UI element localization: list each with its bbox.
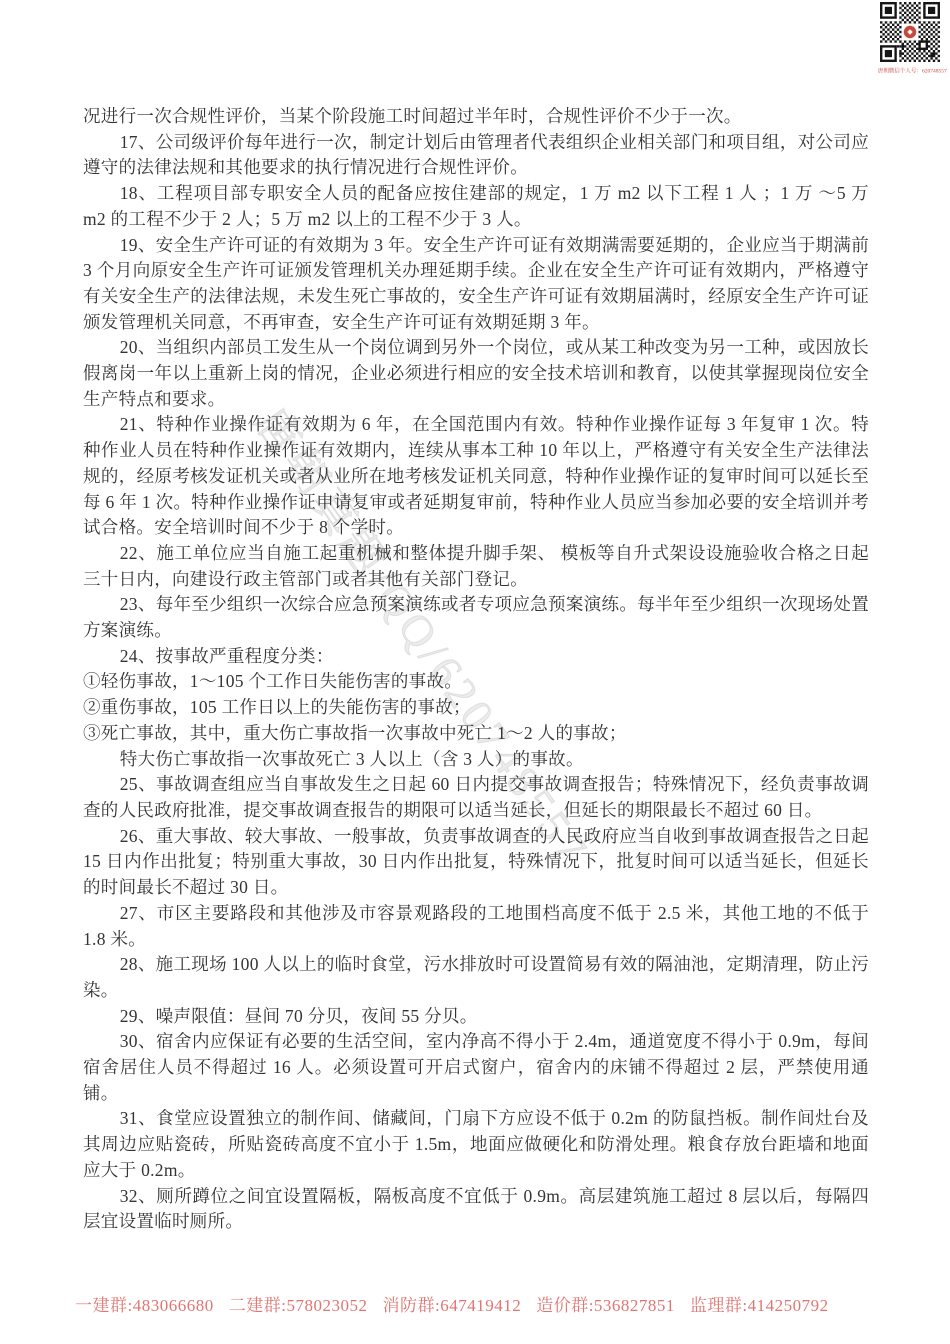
qr-code-icon xyxy=(876,2,944,62)
paragraph-item-24: 24、按事故严重程度分类： xyxy=(83,644,869,670)
footer-group-xiaofang: 消防群:647419412 xyxy=(382,1291,521,1316)
footer-group-jianli: 监理群:414250792 xyxy=(690,1291,829,1316)
paragraph-item-31: 31、食堂应设置独立的制作间、储藏间，门扇下方应设不低于 0.2m 的防鼠挡板。… xyxy=(83,1106,869,1183)
paragraph-item-24-sub-4: 特大伤亡事故指一次事故死亡 3 人以上（含 3 人）的事故。 xyxy=(83,747,869,773)
qr-caption: 唐朝微信个人号：620748557 xyxy=(878,68,942,75)
paragraph-item-28: 28、施工现场 100 人以上的临时食堂，污水排放时可设置简易有效的隔油池，定期… xyxy=(83,952,869,1003)
paragraph-item-30: 30、宿舍内应保证有必要的生活空间，室内净高不得小于 2.4m，通道宽度不得小于… xyxy=(83,1029,869,1106)
paragraph-item-21: 21、特种作业操作证有效期为 6 年，在全国范围内有效。特种作业操作证每 3 年… xyxy=(83,412,869,541)
paragraph-item-17: 17、公司级评价每年进行一次，制定计划后由管理者代表组织企业相关部门和项目组，对… xyxy=(83,130,869,181)
paragraph-item-27: 27、市区主要路段和其他涉及市容景观路段的工地围档高度不低于 2.5 米，其他工… xyxy=(83,901,869,952)
paragraph-item-20: 20、当组织内部员工发生从一个岗位调到另外一个岗位，或从某工种改变为另一工种，或… xyxy=(83,335,869,412)
notes-content: 况进行一次合规性评价，当某个阶段施工时间超过半年时，合规性评价不少于一次。 17… xyxy=(83,104,869,1235)
paragraph-item-19: 19、安全生产许可证的有效期为 3 年。安全生产许可证有效期满需要延期的，企业应… xyxy=(83,233,869,336)
paragraph-item-24-sub-1: ①轻伤事故，1～105 个工作日失能伤害的事故。 xyxy=(83,669,869,695)
footer-group-yijian: 一建群:483066680 xyxy=(75,1291,214,1316)
paragraph-item-25: 25、事故调查组应当自事故发生之日起 60 日内提交事故调查报告；特殊情况下，经… xyxy=(83,772,869,823)
paragraph-item-24-sub-3: ③死亡事故，其中，重大伤亡事故指一次事故中死亡 1～2 人的事故； xyxy=(83,721,869,747)
paragraph-continuation: 况进行一次合规性评价，当某个阶段施工时间超过半年时，合规性评价不少于一次。 xyxy=(83,104,869,130)
footer-qq-groups: 一建群:483066680 二建群:578023052 消防群:64741941… xyxy=(75,1291,937,1316)
paragraph-item-29: 29、噪声限值：昼间 70 分贝，夜间 55 分贝。 xyxy=(83,1004,869,1030)
document-page: 唐朝真题/QQ/620748557 xyxy=(0,0,950,1344)
paragraph-item-22: 22、施工单位应当自施工起重机械和整体提升脚手架、 模板等自升式架设设施验收合格… xyxy=(83,541,869,592)
paragraph-item-18: 18、工程项目部专职安全人员的配备应按住建部的规定，1 万 m2 以下工程 1 … xyxy=(83,181,869,232)
qr-panel: 唐朝微信个人号：620748557 xyxy=(875,2,945,76)
paragraph-item-23: 23、每年至少组织一次综合应急预案演练或者专项应急预案演练。每半年至少组织一次现… xyxy=(83,592,869,643)
paragraph-item-26: 26、重大事故、较大事故、一般事故，负责事故调查的人民政府应当自收到事故调查报告… xyxy=(83,824,869,901)
paragraph-item-24-sub-2: ②重伤事故，105 工作日以上的失能伤害的事故； xyxy=(83,695,869,721)
footer-group-zaojia: 造价群:536827851 xyxy=(536,1291,675,1316)
paragraph-item-32: 32、厕所蹲位之间宜设置隔板，隔板高度不宜低于 0.9m。高层建筑施工超过 8 … xyxy=(83,1184,869,1235)
footer-group-erjian: 二建群:578023052 xyxy=(229,1291,368,1316)
